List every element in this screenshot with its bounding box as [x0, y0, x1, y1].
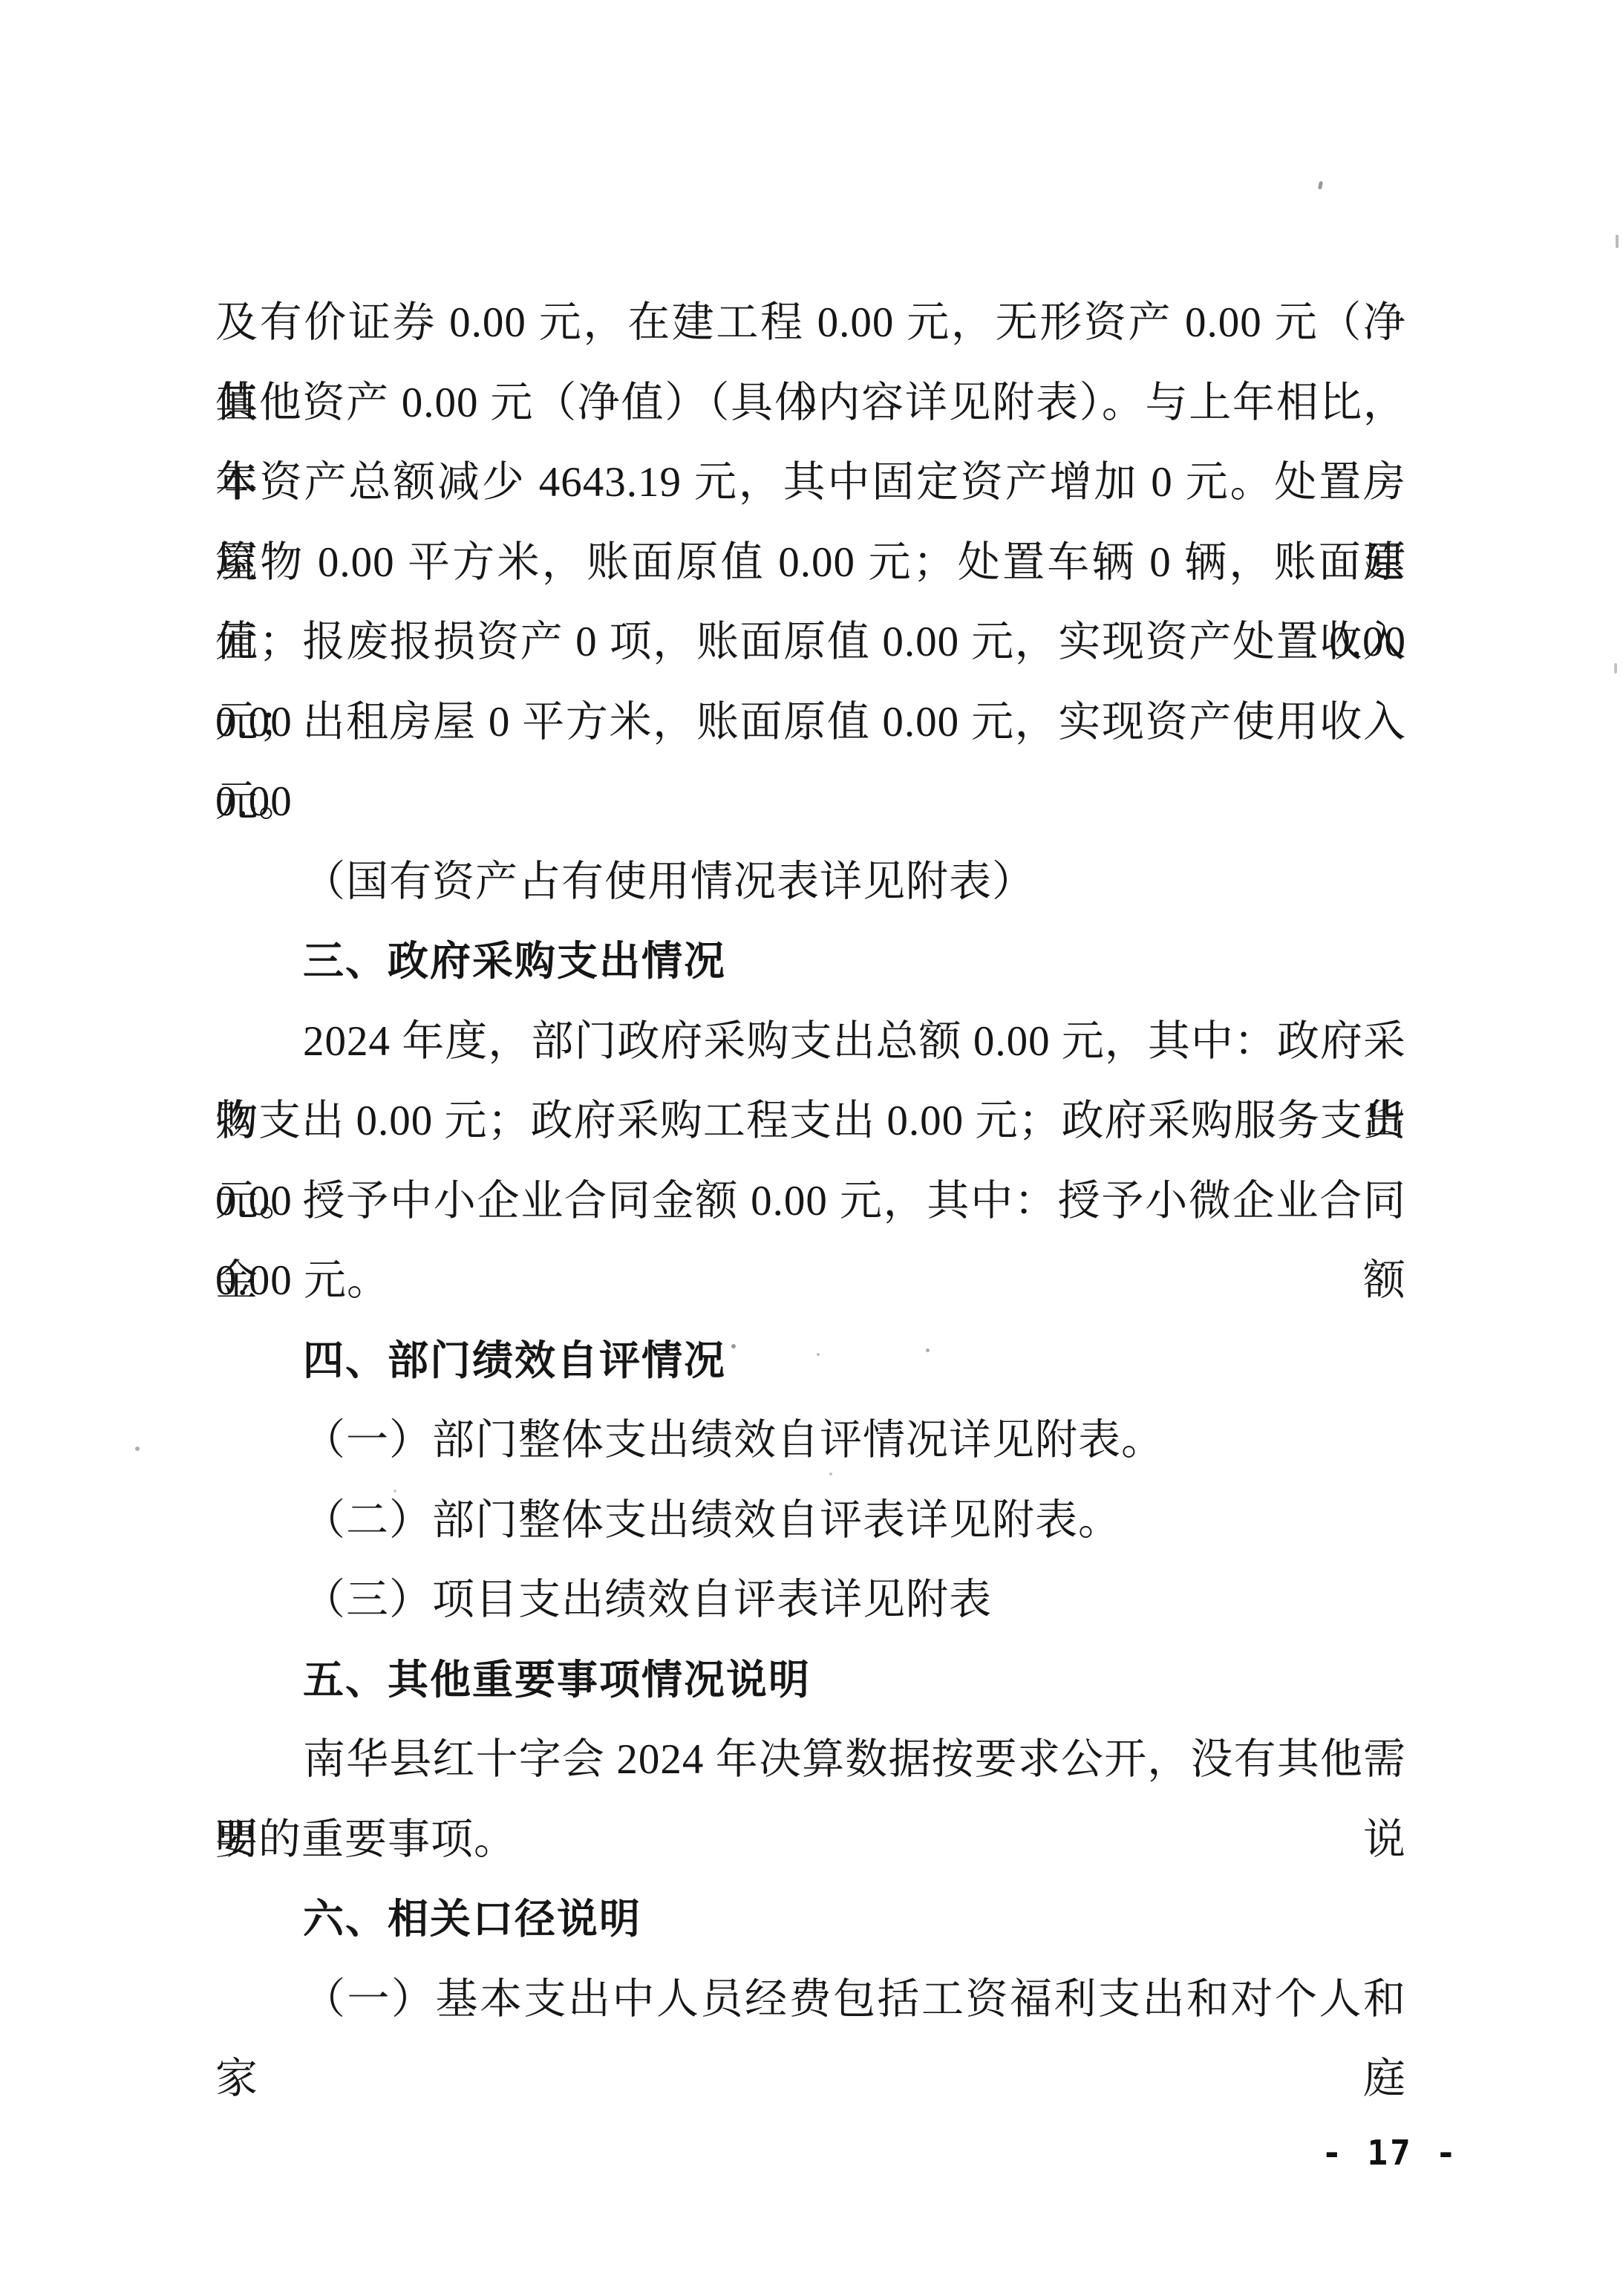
scan-speck: [817, 1353, 820, 1356]
scan-speck: [731, 1344, 736, 1348]
text-line: （国有资产占有使用情况表详见附表）: [215, 842, 1406, 922]
text-line: 元；报废报损资产 0 项，账面原值 0.00 元，实现资产处置收入 0.00: [215, 602, 1406, 682]
document-page: 及有价证券 0.00 元，在建工程 0.00 元，无形资产 0.00 元（净值）…: [0, 0, 1623, 2296]
scan-speck: [829, 1472, 832, 1475]
text-line: （一）基本支出中人员经费包括工资福利支出和对个人和家庭: [215, 1960, 1406, 2040]
scan-speck: [926, 1348, 930, 1352]
document-body: 及有价证券 0.00 元，在建工程 0.00 元，无形资产 0.00 元（净值）…: [215, 283, 1406, 2039]
section-heading: 三、政府采购支出情况: [215, 922, 1406, 1002]
text-line: 其他资产 0.00 元（净值）（具体内容详见附表）。与上年相比，本: [215, 363, 1406, 443]
text-line: 物支出 0.00 元；政府采购工程支出 0.00 元；政府采购服务支出 0.00: [215, 1081, 1406, 1161]
text-line: 及有价证券 0.00 元，在建工程 0.00 元，无形资产 0.00 元（净值）…: [215, 283, 1406, 363]
text-line: （三）项目支出绩效自评表详见附表: [215, 1560, 1406, 1640]
text-line: 元。授予中小企业合同金额 0.00 元，其中：授予小微企业合同金额: [215, 1161, 1406, 1242]
page-number: - 17 -: [1322, 2133, 1458, 2173]
text-line: 南华县红十字会 2024 年决算数据按要求公开，没有其他需要说: [215, 1720, 1406, 1800]
scan-speck: [135, 1447, 140, 1451]
scan-speck: [393, 1490, 396, 1493]
section-heading: 六、相关口径说明: [215, 1879, 1406, 1960]
text-line: 年资产总额减少 4643.19 元，其中固定资产增加 0 元。处置房屋建: [215, 443, 1406, 523]
text-line: 元。: [215, 762, 1406, 842]
section-heading: 四、部门绩效自评情况: [215, 1321, 1406, 1401]
scan-speck: [1614, 663, 1617, 674]
section-heading: 五、其他重要事项情况说明: [215, 1640, 1406, 1721]
scan-speck: [1616, 235, 1619, 248]
text-line: 2024 年度，部门政府采购支出总额 0.00 元，其中：政府采购货: [215, 1002, 1406, 1082]
text-line: 元；出租房屋 0 平方米，账面原值 0.00 元，实现资产使用收入 0.00: [215, 682, 1406, 763]
text-line: （一）部门整体支出绩效自评情况详见附表。: [215, 1400, 1406, 1481]
scan-speck: [1318, 181, 1323, 190]
text-line: 筑物 0.00 平方米，账面原值 0.00 元；处置车辆 0 辆，账面原值 0.…: [215, 523, 1406, 603]
